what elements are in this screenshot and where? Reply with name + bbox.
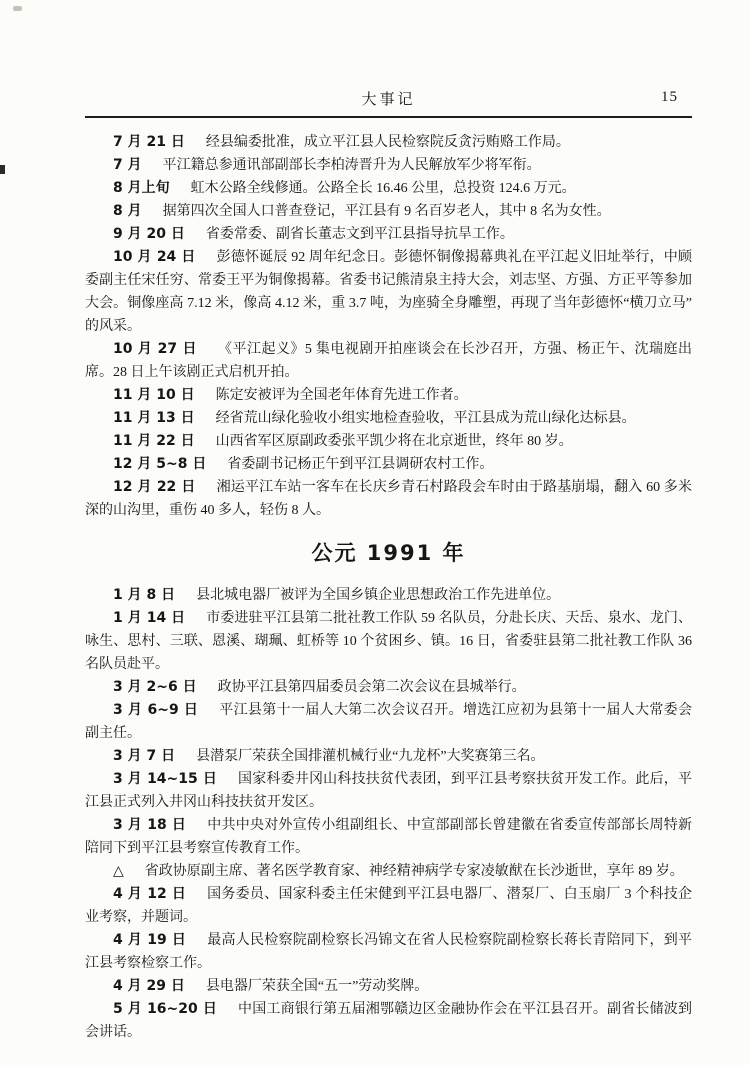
chronicle-entry: 1 月 8 日县北城电器厂被评为全国乡镇企业思想政治工作先进单位。 bbox=[85, 584, 692, 607]
entry-text: 陈定安被评为全国老年体育先进工作者。 bbox=[216, 388, 468, 403]
entry-text: 据第四次全国人口普查登记，平江县有 9 名百岁老人，其中 8 名为女性。 bbox=[163, 204, 611, 219]
entry-date: 11 月 13 日 bbox=[113, 410, 195, 426]
entry-date: 12 月 5~8 日 bbox=[113, 456, 206, 472]
entry-date: 8 月上旬 bbox=[113, 180, 170, 196]
entry-date: 3 月 18 日 bbox=[113, 817, 186, 833]
scan-artifact bbox=[0, 165, 5, 174]
entry-date: 3 月 14~15 日 bbox=[113, 771, 217, 787]
entry-date: 1 月 14 日 bbox=[113, 610, 185, 626]
entry-date: 12 月 22 日 bbox=[113, 479, 196, 495]
chronicle-entry: 3 月 2~6 日政协平江县第四届委员会第二次会议在县城举行。 bbox=[85, 676, 692, 699]
chronicle-entry: 4 月 12 日国务委员、国家科委主任宋健到平江县电器厂、潜泵厂、白玉扇厂 3 … bbox=[85, 883, 692, 929]
entry-text: 县潜泵厂荣获全国排灌机械行业“九龙杯”大奖赛第三名。 bbox=[196, 749, 544, 764]
chronicle-entry: 7 月平江籍总参通讯部副部长李柏涛晋升为人民解放军少将军衔。 bbox=[85, 154, 692, 177]
chronicle-content: 7 月 21 日经县编委批准，成立平江县人民检察院反贪污贿赂工作局。7 月平江籍… bbox=[85, 131, 692, 1044]
running-header-title: 大事记 bbox=[361, 88, 415, 109]
entry-date: 3 月 7 日 bbox=[113, 748, 175, 764]
entry-text: 政协平江县第四届委员会第二次会议在县城举行。 bbox=[218, 680, 526, 695]
entry-date: 10 月 24 日 bbox=[113, 249, 196, 265]
entry-date: 8 月 bbox=[113, 203, 142, 219]
chronicle-entry: 1 月 14 日市委进驻平江县第二批社教工作队 59 名队员，分赴长庆、天岳、泉… bbox=[85, 607, 692, 676]
chronicle-section-1991: 公元 1991 年1 月 8 日县北城电器厂被评为全国乡镇企业思想政治工作先进单… bbox=[85, 537, 692, 1044]
chronicle-entry: 3 月 14~15 日国家科委井冈山科技扶贫代表团，到平江县考察扶贫开发工作。此… bbox=[85, 768, 692, 814]
entry-date: 10 月 27 日 bbox=[113, 341, 197, 357]
chronicle-entry: 3 月 7 日县潜泵厂荣获全国排灌机械行业“九龙杯”大奖赛第三名。 bbox=[85, 745, 692, 768]
entry-date: 9 月 20 日 bbox=[113, 226, 185, 242]
year-heading: 公元 1991 年 bbox=[85, 537, 692, 567]
chronicle-entry: 4 月 29 日县电器厂荣获全国“五一”劳动奖牌。 bbox=[85, 975, 692, 998]
chronicle-section-1990: 7 月 21 日经县编委批准，成立平江县人民检察院反贪污贿赂工作局。7 月平江籍… bbox=[85, 131, 692, 522]
entry-text: 山西省军区原副政委张平凯少将在北京逝世，终年 80 岁。 bbox=[216, 434, 573, 449]
running-header: 大事记 15 bbox=[85, 88, 692, 110]
header-rule bbox=[85, 116, 692, 118]
entry-text: 省委副书记杨正午到平江县调研农村工作。 bbox=[227, 457, 493, 472]
entry-date: 4 月 29 日 bbox=[113, 978, 185, 994]
entry-date: 4 月 19 日 bbox=[113, 932, 186, 948]
text-block: 大事记 15 7 月 21 日经县编委批准，成立平江县人民检察院反贪污贿赂工作局… bbox=[85, 88, 692, 1044]
chronicle-entry: 8 月据第四次全国人口普查登记，平江县有 9 名百岁老人，其中 8 名为女性。 bbox=[85, 200, 692, 223]
entry-date: 5 月 16~20 日 bbox=[113, 1001, 217, 1017]
entry-text: 县电器厂荣获全国“五一”劳动奖牌。 bbox=[206, 979, 428, 994]
chronicle-entry: 4 月 19 日最高人民检察院副检察长冯锦文在省人民检察院副检察长蒋长青陪同下，… bbox=[85, 929, 692, 975]
chronicle-entry: 3 月 6~9 日平江县第十一届人大第二次会议召开。增选江应初为县第十一届人大常… bbox=[85, 699, 692, 745]
chronicle-entry: 9 月 20 日省委常委、副省长董志文到平江县指导抗旱工作。 bbox=[85, 223, 692, 246]
chronicle-entry: 11 月 10 日陈定安被评为全国老年体育先进工作者。 bbox=[85, 384, 692, 407]
entry-text: 虹木公路全线修通。公路全长 16.46 公里，总投资 124.6 万元。 bbox=[191, 181, 576, 196]
entry-text: 省委常委、副省长董志文到平江县指导抗旱工作。 bbox=[206, 227, 514, 242]
chronicle-entry: 5 月 16~20 日中国工商银行第五届湘鄂赣边区金融协作会在平江县召开。副省长… bbox=[85, 998, 692, 1044]
entry-date: △ bbox=[113, 863, 124, 879]
chronicle-entry: 10 月 24 日彭德怀诞辰 92 周年纪念日。彭德怀铜像揭幕典礼在平江起义旧址… bbox=[85, 246, 692, 338]
entry-date: 11 月 22 日 bbox=[113, 433, 195, 449]
chronicle-entry: 10 月 27 日《平江起义》5 集电视剧开拍座谈会在长沙召开，方强、杨正午、沈… bbox=[85, 338, 692, 384]
chronicle-entry: 8 月上旬虹木公路全线修通。公路全长 16.46 公里，总投资 124.6 万元… bbox=[85, 177, 692, 200]
entry-text: 经省荒山绿化验收小组实地检查验收，平江县成为荒山绿化达标县。 bbox=[216, 411, 636, 426]
page-number: 15 bbox=[661, 89, 678, 106]
entry-date: 7 月 bbox=[113, 157, 142, 173]
entry-date: 7 月 21 日 bbox=[113, 134, 185, 150]
chronicle-entry: 11 月 13 日经省荒山绿化验收小组实地检查验收，平江县成为荒山绿化达标县。 bbox=[85, 407, 692, 430]
scanned-book-page: 大事记 15 7 月 21 日经县编委批准，成立平江县人民检察院反贪污贿赂工作局… bbox=[0, 0, 750, 1065]
entry-text: 平江籍总参通讯部副部长李柏涛晋升为人民解放军少将军衔。 bbox=[163, 158, 541, 173]
entry-text: 县北城电器厂被评为全国乡镇企业思想政治工作先进单位。 bbox=[196, 588, 560, 603]
chronicle-entry: △省政协原副主席、著名医学教育家、神经精神病学专家凌敏猷在长沙逝世，享年 89 … bbox=[85, 860, 692, 883]
entry-text: 经县编委批准，成立平江县人民检察院反贪污贿赂工作局。 bbox=[206, 135, 570, 150]
entry-date: 4 月 12 日 bbox=[113, 886, 186, 902]
entry-date: 3 月 6~9 日 bbox=[113, 702, 198, 718]
entry-date: 1 月 8 日 bbox=[113, 587, 175, 603]
entry-date: 11 月 10 日 bbox=[113, 387, 195, 403]
entry-text: 省政协原副主席、著名医学教育家、神经精神病学专家凌敏猷在长沙逝世，享年 89 岁… bbox=[145, 864, 684, 879]
chronicle-entry: 3 月 18 日中共中央对外宣传小组副组长、中宣部副部长曾建徽在省委宣传部部长周… bbox=[85, 814, 692, 860]
entry-date: 3 月 2~6 日 bbox=[113, 679, 197, 695]
chronicle-entry: 11 月 22 日山西省军区原副政委张平凯少将在北京逝世，终年 80 岁。 bbox=[85, 430, 692, 453]
chronicle-entry: 12 月 22 日湘运平江车站一客车在长庆乡青石村路段会车时由于路基崩塌，翻入 … bbox=[85, 476, 692, 522]
chronicle-entry: 7 月 21 日经县编委批准，成立平江县人民检察院反贪污贿赂工作局。 bbox=[85, 131, 692, 154]
scan-artifact bbox=[13, 6, 22, 11]
chronicle-entry: 12 月 5~8 日省委副书记杨正午到平江县调研农村工作。 bbox=[85, 453, 692, 476]
